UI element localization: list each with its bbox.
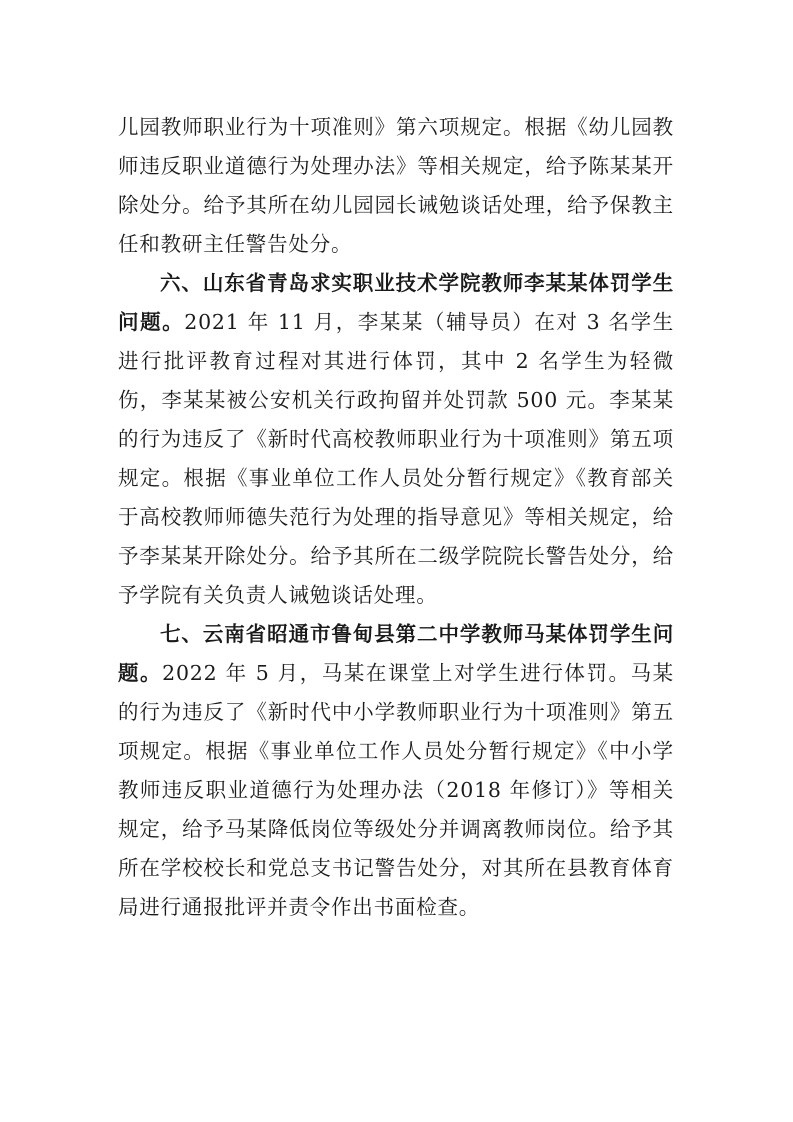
paragraph-body: 2022 年 5 月，马某在课堂上对学生进行体罚。马某的行为违反了《新时代中小学…	[118, 661, 674, 919]
paragraph-case-6: 六、山东省青岛求实职业技术学院教师李某某体罚学生问题。2021 年 11 月，李…	[118, 264, 674, 615]
paragraph-body: 2021 年 11 月，李某某（辅导员）在对 3 名学生进行批评教育过程对其进行…	[118, 310, 674, 607]
paragraph-continuation: 儿园教师职业行为十项准则》第六项规定。根据《幼儿园教师违反职业道德行为处理办法》…	[118, 108, 674, 264]
document-page: 儿园教师职业行为十项准则》第六项规定。根据《幼儿园教师违反职业道德行为处理办法》…	[118, 108, 674, 927]
paragraph-body: 儿园教师职业行为十项准则》第六项规定。根据《幼儿园教师违反职业道德行为处理办法》…	[118, 115, 674, 256]
paragraph-case-7: 七、云南省昭通市鲁甸县第二中学教师马某体罚学生问题。2022 年 5 月，马某在…	[118, 615, 674, 927]
